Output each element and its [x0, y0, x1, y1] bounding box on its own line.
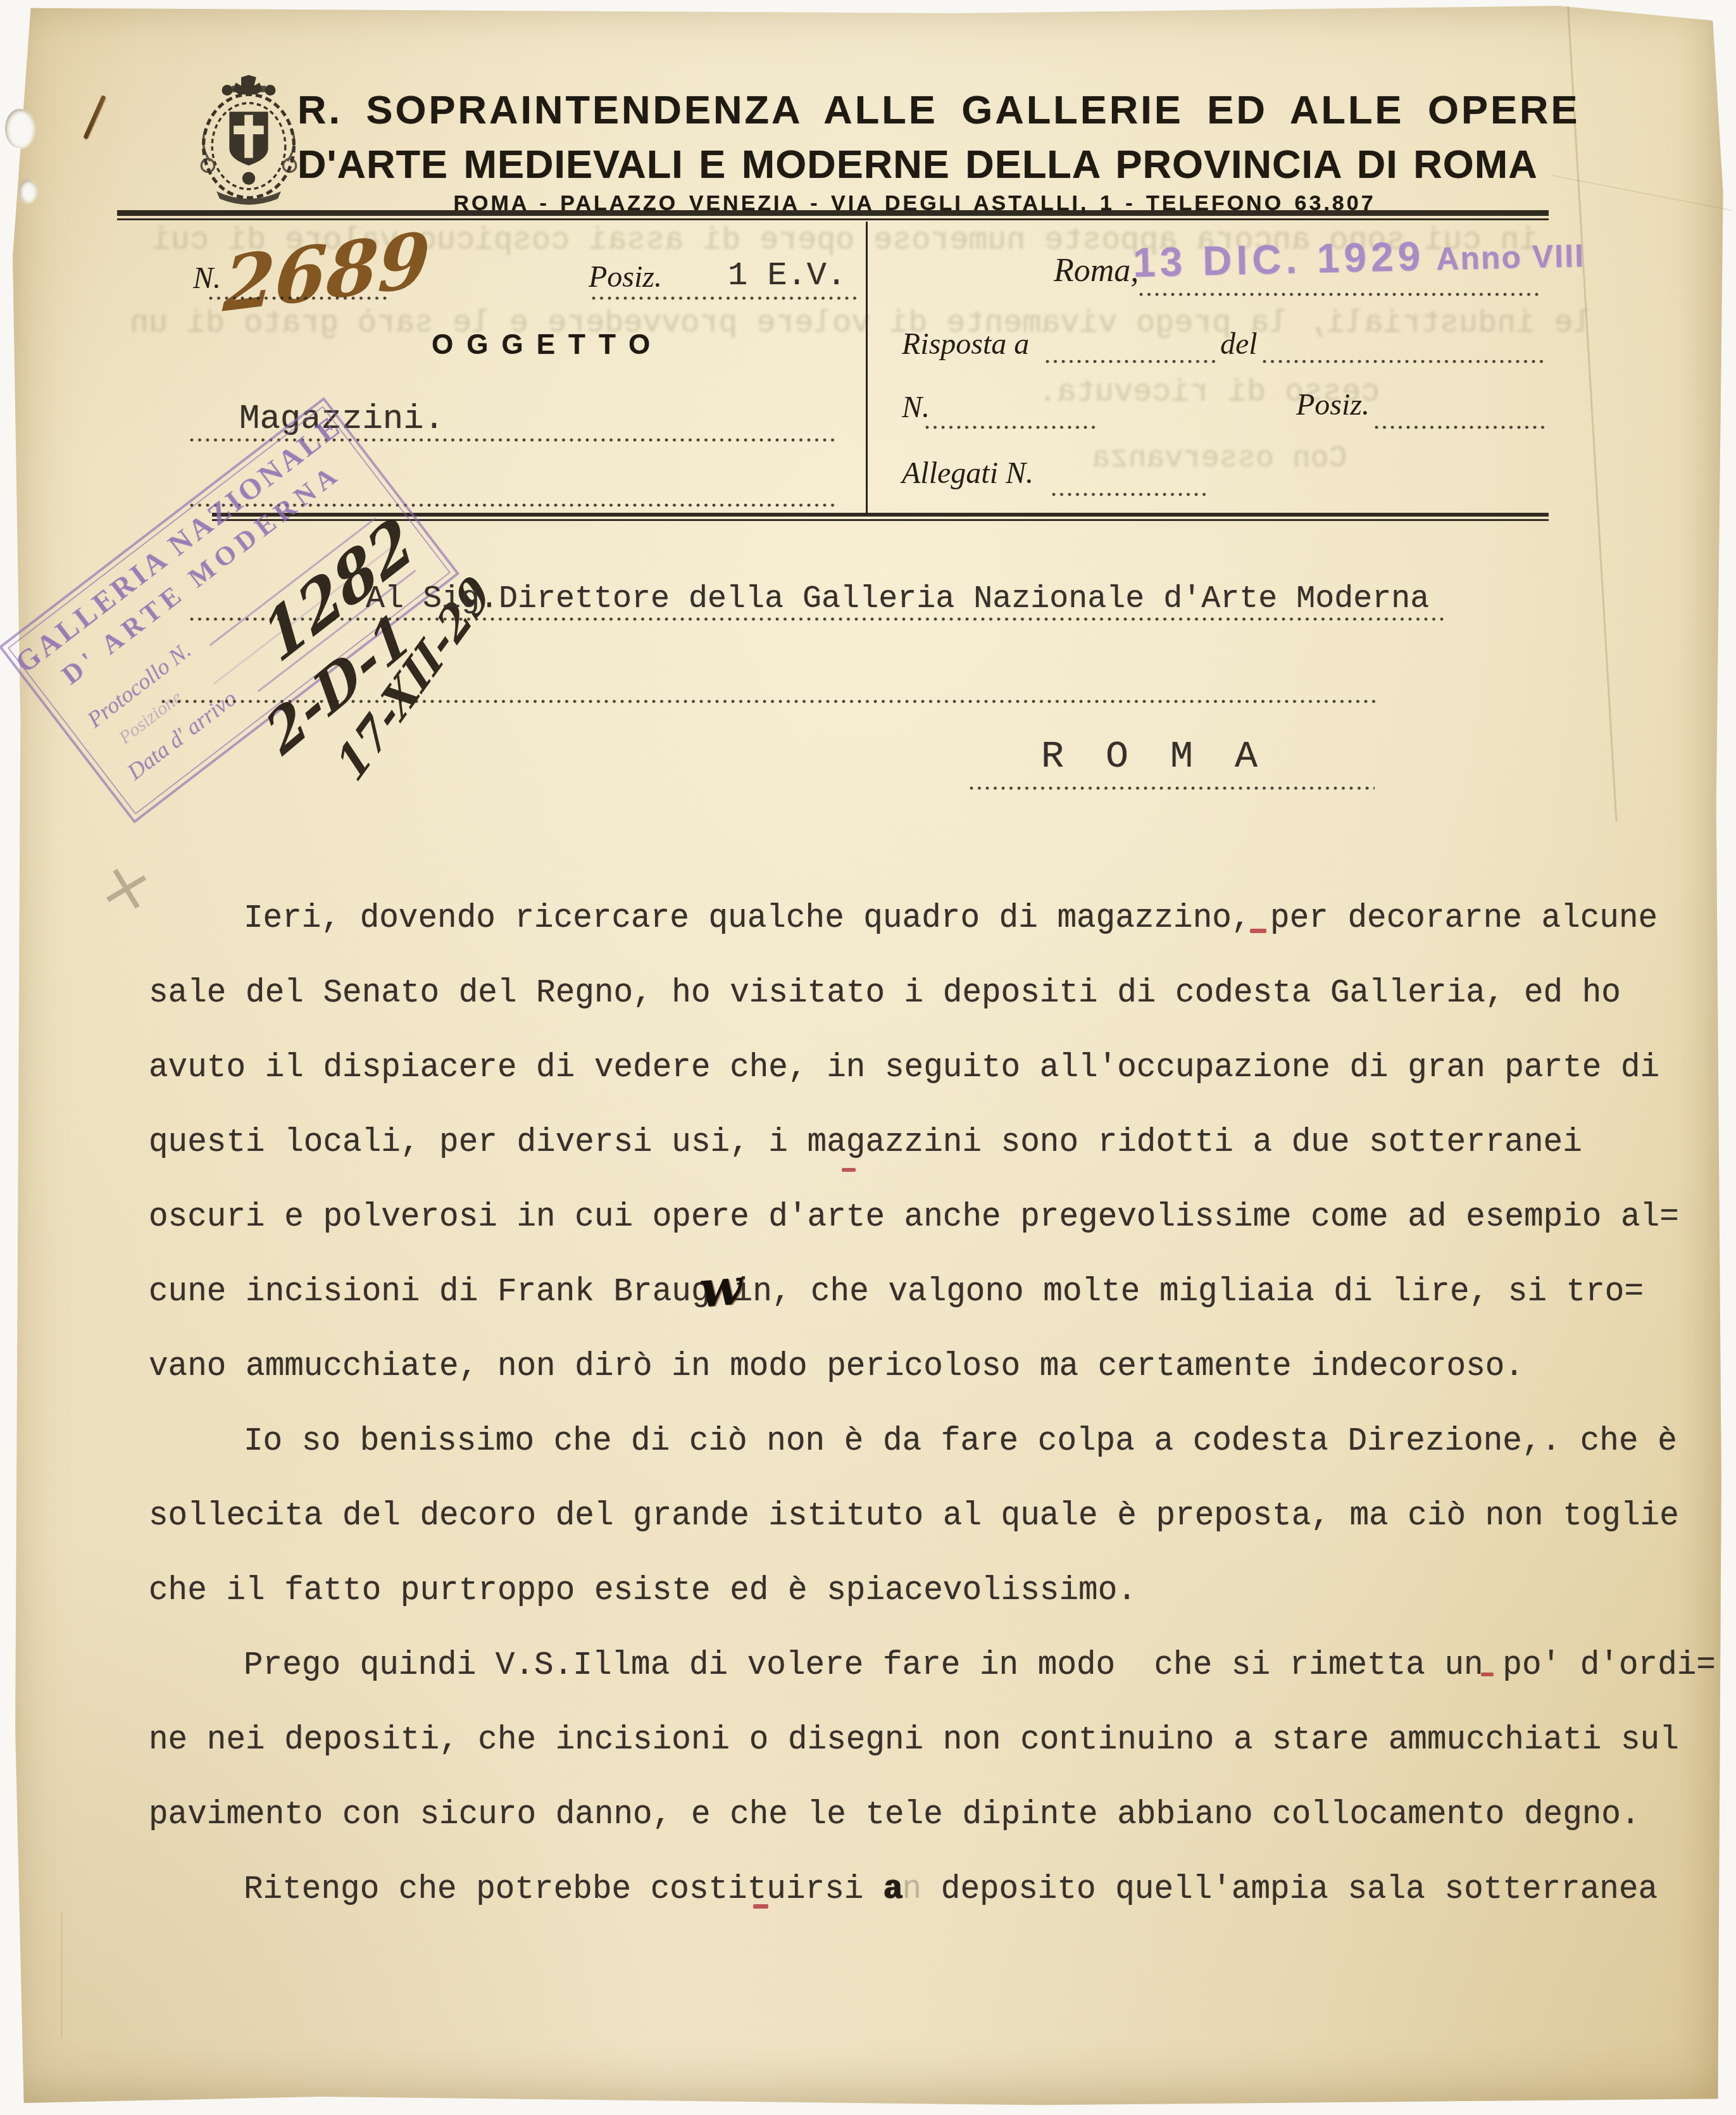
fold-crease-bottom-left [61, 1912, 63, 2038]
body-text: che il fatto purtroppo esiste ed è spiac… [149, 1573, 1137, 1609]
letterhead-title-line1: R. SOPRAINTENDENZA ALLE GALLERIE ED ALLE… [297, 87, 1532, 133]
body-line: sollecita del decoro del grande istituto… [149, 1498, 1718, 1534]
body-text: sollecita del decoro del grande istituto… [149, 1498, 1679, 1534]
reference-n-label: N. [902, 390, 930, 425]
date-stamp-anno: Anno VIII [1436, 238, 1585, 277]
risposta-label: Risposta a [902, 327, 1029, 361]
body-line: Ritengo che potrebbe costituirsi an depo… [149, 1872, 1736, 1908]
body-line: Io so benissimo che di ciò non è da fare… [149, 1424, 1736, 1460]
letterhead-title-line2: D'ARTE MEDIEVALI E MODERNE DELLA PROVINC… [297, 142, 1532, 187]
body-line: che il fatto purtroppo esiste ed è spiac… [149, 1573, 1718, 1609]
body-text: oscuri e polverosi in cui opere d'arte a… [149, 1200, 1679, 1236]
bleedthrough-ghost-line: Con osservanza [1092, 442, 1347, 476]
form-vertical-divider [866, 222, 868, 514]
handwritten-correction-mark: a [883, 1872, 902, 1908]
body-text: pavimento con sicuro danno, e che le tel… [149, 1797, 1640, 1833]
body-line: questi locali, per diversi usi, i magazz… [149, 1125, 1718, 1161]
body-line: avuto il dispiacere di vedere che, in se… [149, 1050, 1718, 1086]
body-line: cune incisioni di Frank Braugwin, che va… [149, 1274, 1718, 1310]
addressee-city: ROMA [1041, 736, 1299, 779]
body-text: sale del Senato del Regno, ho visitato i… [149, 976, 1621, 1012]
reference-posiz-label: Posiz. [1296, 387, 1370, 422]
dotted-line [1139, 292, 1539, 296]
body-text: cune incisioni di Frank Braug [149, 1274, 711, 1310]
protocol-number-label: N. [193, 261, 221, 296]
dotted-line [161, 700, 1380, 703]
dotted-line [1263, 360, 1544, 363]
body-line: vano ammucchiate, non dirò in modo peric… [149, 1349, 1718, 1385]
letterhead-divider-rule [117, 210, 1549, 220]
punch-hole [5, 109, 34, 148]
dotted-line [209, 296, 391, 300]
body-line: sale del Senato del Regno, ho visitato i… [149, 976, 1718, 1012]
date-stamp-date: 13 DIC. 1929 [1132, 234, 1425, 286]
body-text: vano ammucchiate, non dirò in modo peric… [149, 1349, 1524, 1385]
savoy-coat-of-arms-icon [195, 75, 303, 209]
dotted-line [190, 617, 1444, 621]
addressee-line: Al Sig.Direttore della Galleria Nazional… [366, 581, 1429, 617]
punch-hole [19, 180, 36, 203]
body-line: ne nei depositi, che incisioni o disegni… [149, 1723, 1718, 1759]
body-text: Io so benissimo che di ciò non è da fare… [244, 1424, 1677, 1460]
dotted-line [592, 296, 858, 300]
allegati-label: Allegati N. [902, 456, 1033, 491]
body-line: oscuri e polverosi in cui opere d'arte a… [149, 1200, 1718, 1236]
body-line: Ieri, dovendo ricercare qualche quadro d… [149, 901, 1736, 937]
handwritten-correction-mark: w [699, 1286, 742, 1290]
body-text: avuto il dispiacere di vedere che, in se… [149, 1050, 1659, 1086]
scanned-letter-page: × in cui sono ancora apposte numerose op… [0, 0, 1736, 2115]
body-text: ne nei depositi, che incisioni o disegni… [149, 1723, 1679, 1759]
body-line: pavimento con sicuro danno, e che le tel… [149, 1797, 1718, 1833]
dotted-line [925, 425, 1097, 429]
body-text: Ritengo che potrebbe costituirsi [244, 1872, 883, 1908]
oggetto-heading: OGGETTO [432, 329, 663, 361]
body-text: deposito quell'ampia sala sotterranea [921, 1872, 1658, 1908]
dotted-line [1046, 360, 1218, 363]
erased-character: n [902, 1872, 922, 1908]
red-ink-speck [842, 1168, 856, 1172]
body-text: Prego quindi V.S.Illma di volere fare in… [244, 1648, 1716, 1684]
place-label: Roma, [1054, 252, 1139, 289]
dotted-line [970, 786, 1375, 790]
body-line: Prego quindi V.S.Illma di volere fare in… [149, 1648, 1736, 1684]
posizione-value: 1 E.V. [728, 257, 846, 294]
dotted-line [1375, 425, 1546, 429]
body-text: questi locali, per diversi usi, i magazz… [149, 1125, 1582, 1161]
posizione-label: Posiz. [589, 260, 662, 294]
del-label: del [1220, 327, 1258, 361]
body-text: in, che valgono molte migliaia di lire, … [734, 1274, 1644, 1310]
dotted-line [1052, 493, 1209, 496]
body-text: Ieri, dovendo ricercare qualche quadro d… [244, 901, 1658, 937]
